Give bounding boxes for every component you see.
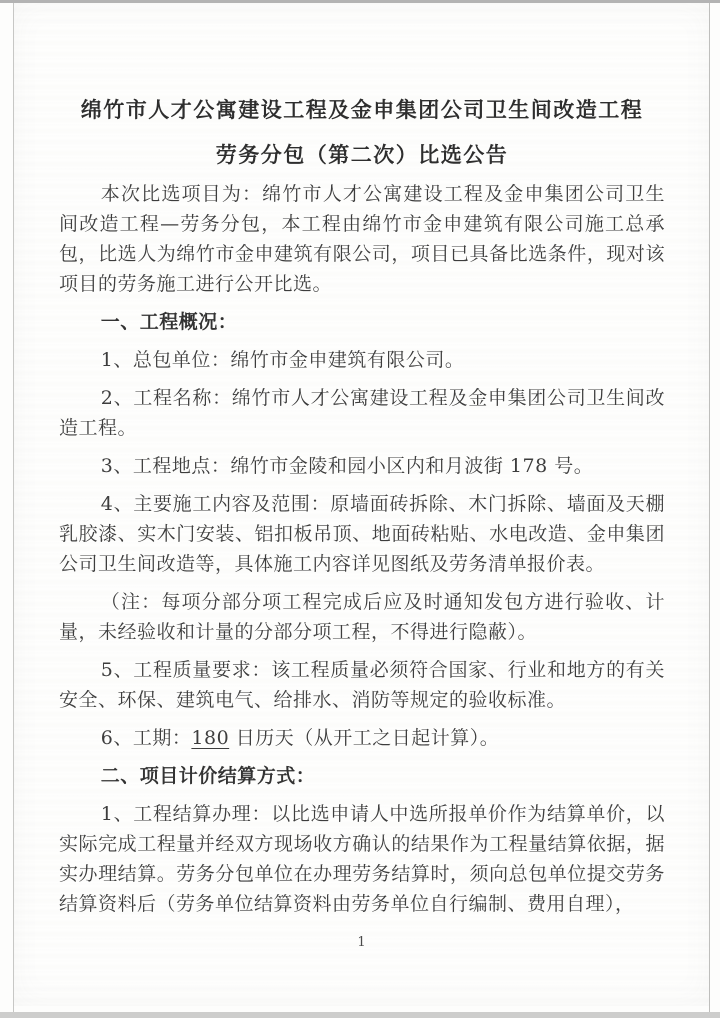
scan-edge-bottom	[0, 1012, 720, 1018]
quality-requirement-item: 5、工程质量要求：该工程质量必须符合国家、行业和地方的有关安全、环保、建筑电气、…	[59, 655, 665, 715]
scanned-document-view: 绵竹市人才公寓建设工程及金申集团公司卫生间改造工程 劳务分包（第二次）比选公告 …	[0, 0, 720, 1018]
project-location-item: 3、工程地点：绵竹市金陵和园小区内和月波街 178 号。	[59, 451, 665, 481]
page-number: 1	[14, 935, 709, 950]
notice-intro-paragraph: 本次比选项目为：绵竹市人才公寓建设工程及金申集团公司卫生间改造工程—劳务分包，本…	[59, 179, 665, 299]
general-contractor-item: 1、总包单位：绵竹市金申建筑有限公司。	[59, 345, 665, 375]
document-title: 绵竹市人才公寓建设工程及金申集团公司卫生间改造工程 劳务分包（第二次）比选公告	[59, 87, 665, 177]
construction-period-suffix: 日历天（从开工之日起计算）。	[229, 727, 499, 749]
section-1-heading: 一、工程概况：	[59, 307, 665, 337]
construction-scope-item: 4、主要施工内容及范围：原墙面砖拆除、木门拆除、墙面及天棚乳胶漆、实木门安装、铝…	[59, 489, 665, 579]
acceptance-note-paragraph: （注：每项分部分项工程完成后应及时通知发包方进行验收、计量，未经验收和计量的分部…	[59, 587, 665, 647]
document-title-line2: 劳务分包（第二次）比选公告	[216, 142, 509, 167]
project-name-item: 2、工程名称：绵竹市人才公寓建设工程及金申集团公司卫生间改造工程。	[59, 383, 665, 443]
section-2-heading: 二、项目计价结算方式：	[59, 761, 665, 791]
construction-period-item: 6、工期：180 日历天（从开工之日起计算）。	[59, 723, 665, 753]
document-title-line1: 绵竹市人才公寓建设工程及金申集团公司卫生间改造工程	[81, 97, 644, 122]
construction-period-prefix: 6、工期：	[101, 727, 192, 749]
settlement-method-item: 1、工程结算办理：以比选申请人中选所报单价作为结算单价，以实际完成工程量并经双方…	[59, 799, 665, 919]
construction-period-days: 180	[191, 727, 229, 749]
document-page: 绵竹市人才公寓建设工程及金申集团公司卫生间改造工程 劳务分包（第二次）比选公告 …	[14, 3, 709, 1006]
scan-edge-right	[709, 3, 710, 1012]
